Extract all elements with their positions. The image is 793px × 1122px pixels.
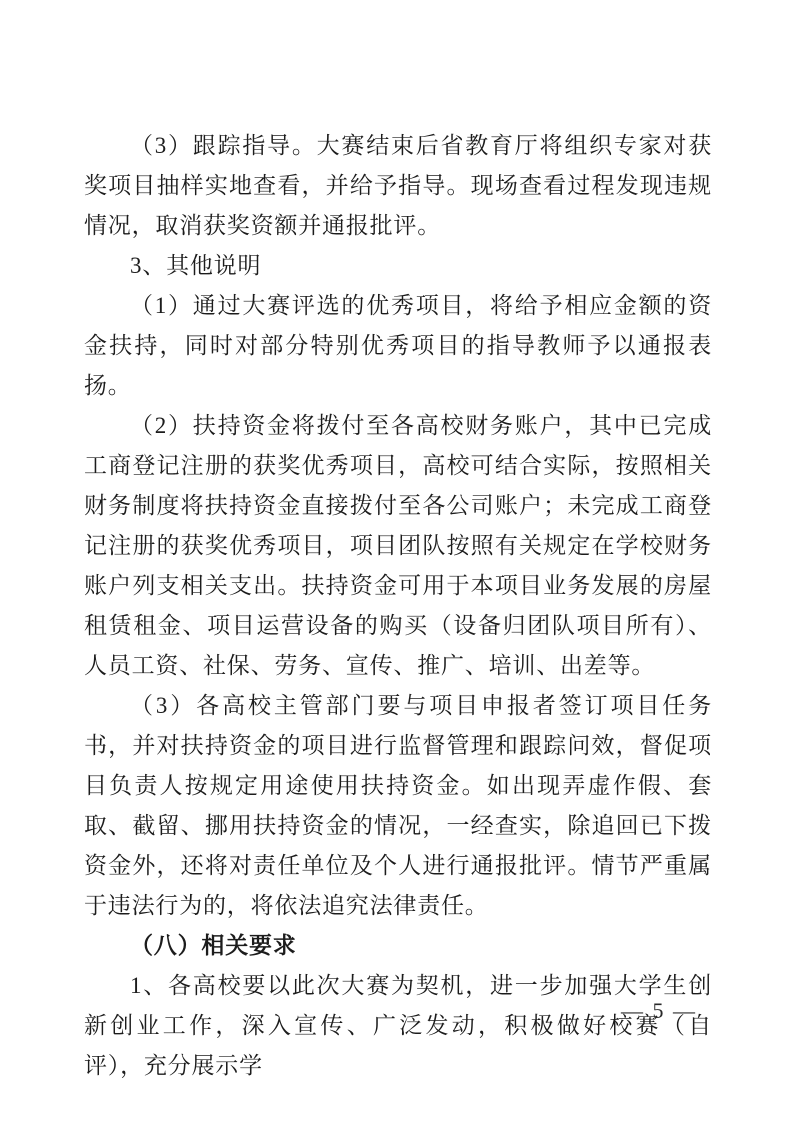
section-heading-related-requirements: （八）相关要求 xyxy=(84,926,712,966)
page-number: — 5 — xyxy=(621,998,697,1024)
paragraph-tracking-guidance: （3）跟踪指导。大赛结束后省教育厅将组织专家对获奖项目抽样实地查看，并给予指导。… xyxy=(84,126,712,246)
document-text-block: （3）跟踪指导。大赛结束后省教育厅将组织专家对获奖项目抽样实地查看，并给予指导。… xyxy=(84,126,712,1086)
paragraph-other-notes-heading: 3、其他说明 xyxy=(84,246,712,286)
paragraph-funding-support: （1）通过大赛评选的优秀项目，将给予相应金额的资金扶持，同时对部分特别优秀项目的… xyxy=(84,286,712,406)
document-page: （3）跟踪指导。大赛结束后省教育厅将组织专家对获奖项目抽样实地查看，并给予指导。… xyxy=(0,0,793,1122)
paragraph-fund-allocation: （2）扶持资金将拨付至各高校财务账户，其中已完成工商登记注册的获奖优秀项目，高校… xyxy=(84,406,712,686)
paragraph-supervision: （3）各高校主管部门要与项目申报者签订项目任务书，并对扶持资金的项目进行监督管理… xyxy=(84,686,712,926)
paragraph-university-requirements: 1、各高校要以此次大赛为契机，进一步加强大学生创新创业工作，深入宣传、广泛发动，… xyxy=(84,966,712,1086)
